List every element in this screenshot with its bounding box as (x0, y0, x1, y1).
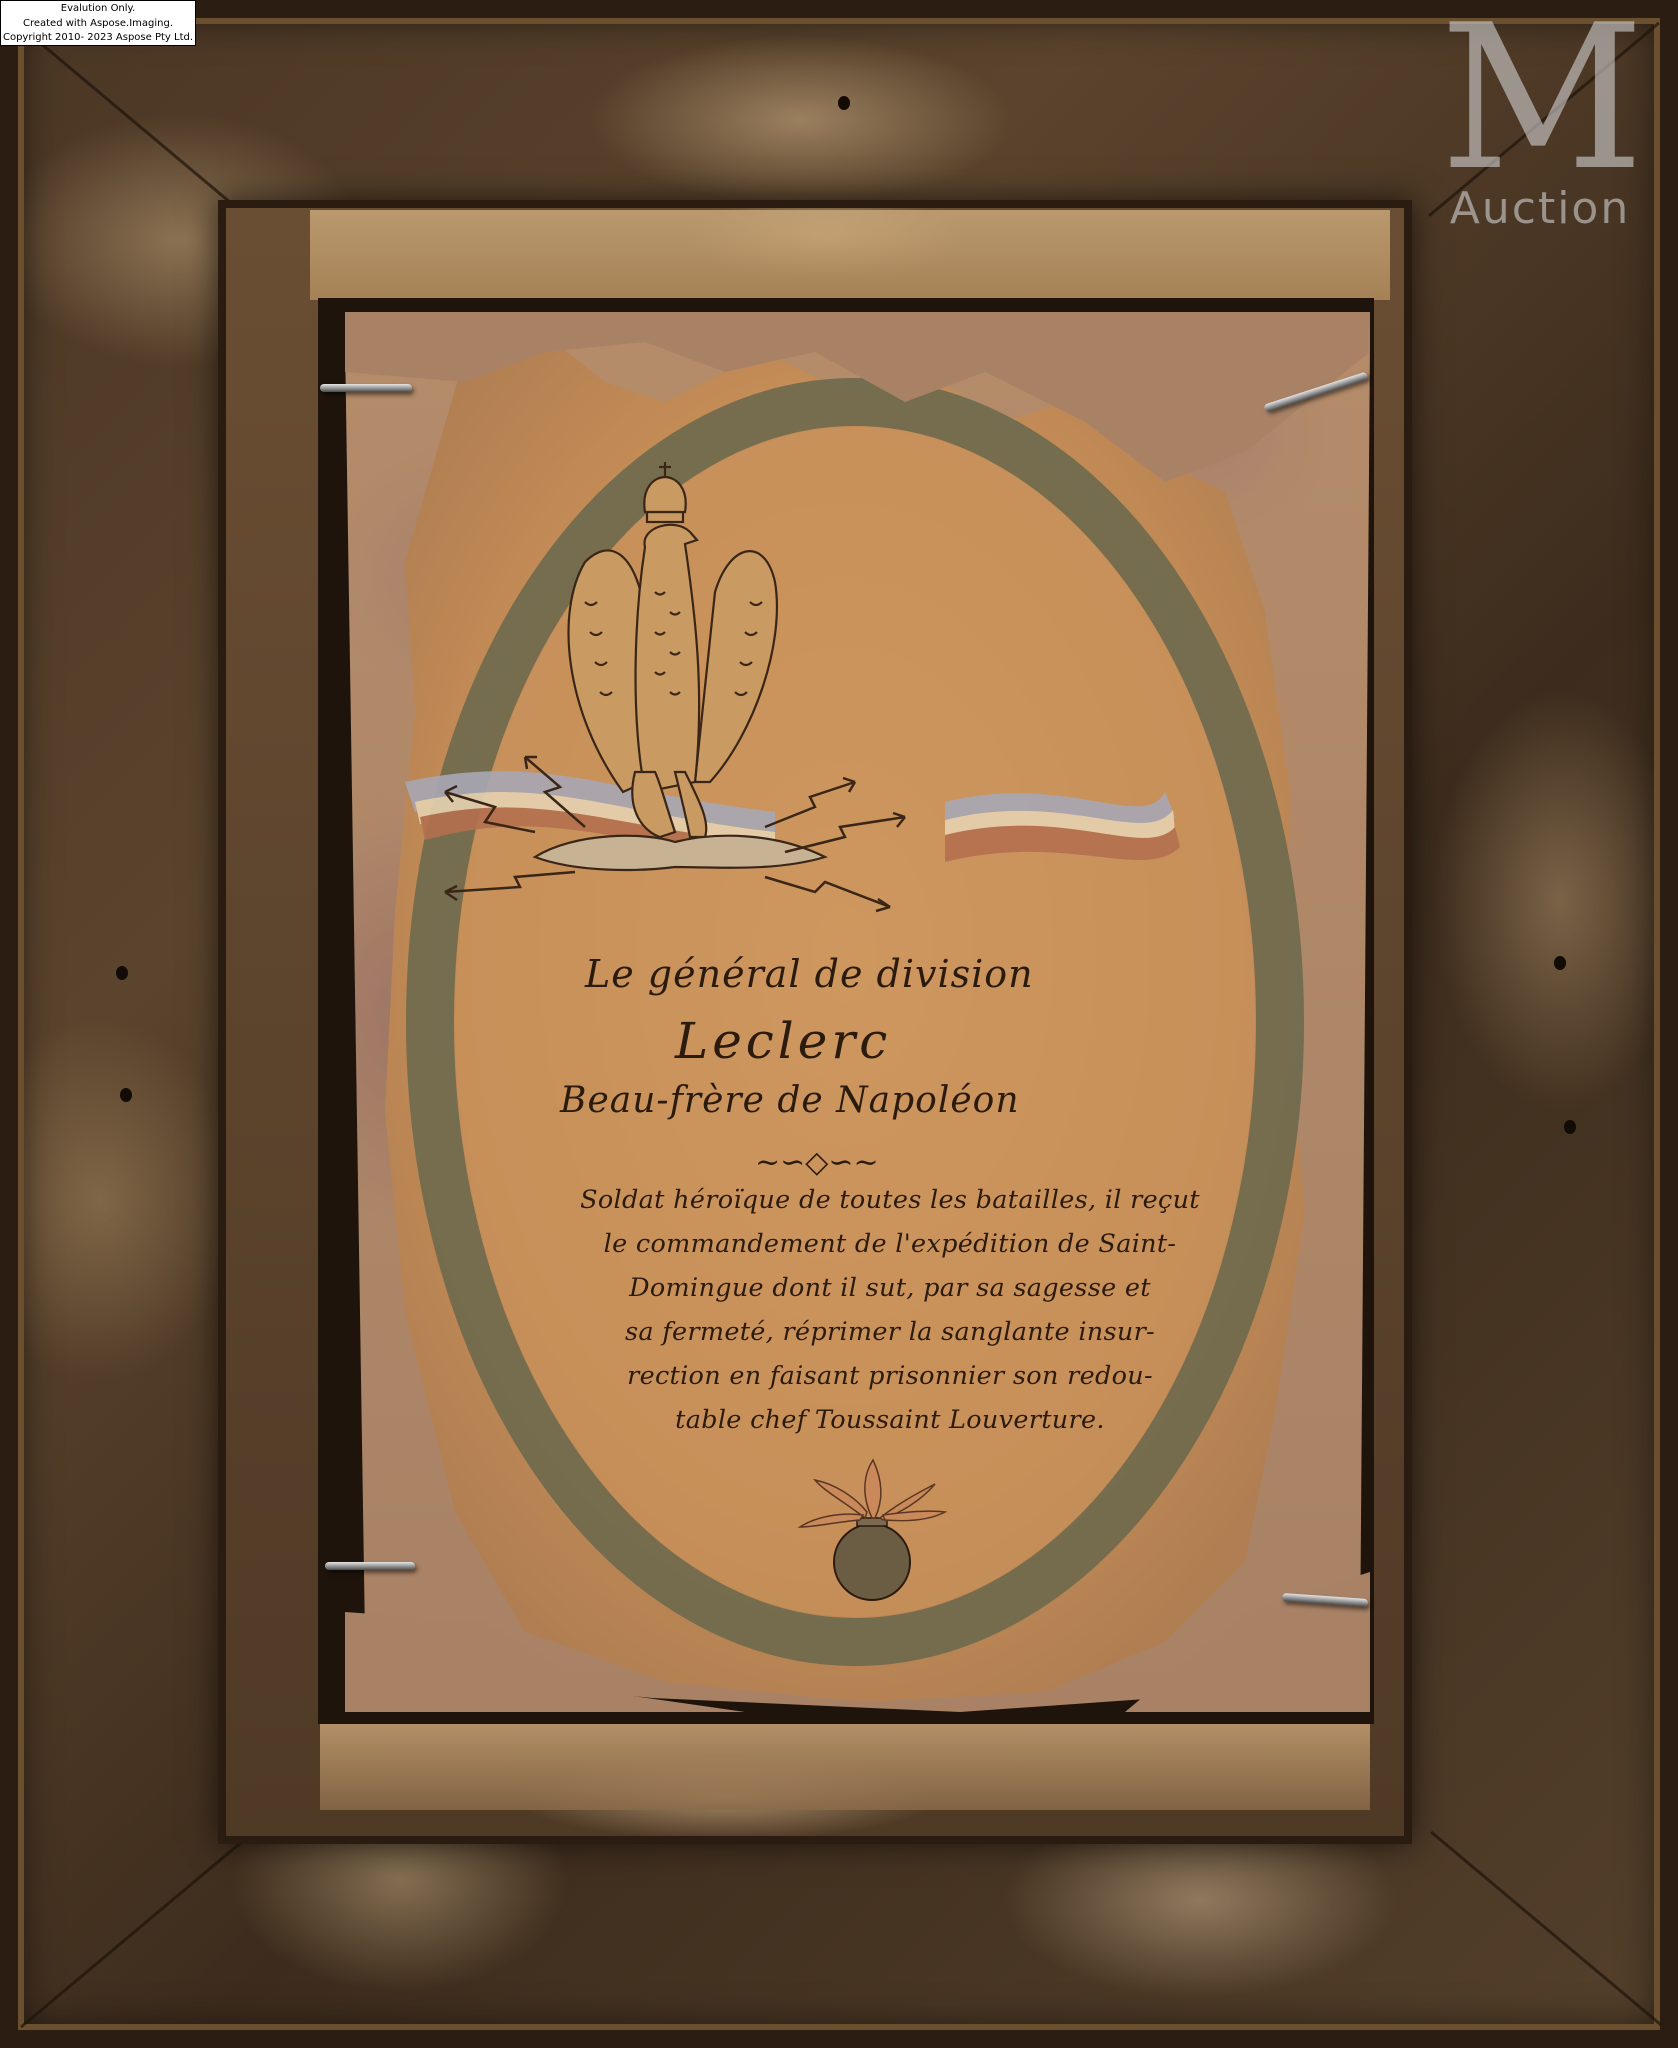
evaluation-line-1: Evalution Only. (1, 2, 195, 17)
evaluation-banner: Evalution Only. Created with Aspose.Imag… (0, 0, 196, 46)
nail-bottom-left (325, 1562, 415, 1570)
inscription-title-rank: Le général de division (585, 952, 1034, 996)
auction-logo-mark: M (1430, 14, 1650, 184)
inscription-line: rection en faisant prisonnier son redou- (530, 1354, 1250, 1398)
inscription-flourish: ~∽◇∽~ (755, 1145, 879, 1180)
inscription-line: Domingue dont il sut, par sa sagesse et (530, 1266, 1250, 1310)
inscription-line: Soldat héroïque de toutes les batailles,… (530, 1178, 1250, 1222)
nail-hole (1564, 1120, 1576, 1134)
slip-top (310, 210, 1390, 300)
inscription-title-relation: Beau-frère de Napoléon (560, 1080, 1020, 1121)
evaluation-line-3: Copyright 2010- 2023 Aspose Pty Ltd. (1, 31, 195, 46)
nail-hole (838, 96, 850, 110)
inscription-body: Soldat héroïque de toutes les batailles,… (530, 1178, 1250, 1442)
nail-top-left (320, 384, 412, 392)
auction-logo-label: Auction (1430, 184, 1650, 234)
nail-hole (1554, 956, 1566, 970)
slip-bottom (320, 1720, 1370, 1810)
inscription-line: table chef Toussaint Louverture. (530, 1398, 1250, 1442)
auction-watermark: M Auction (1430, 14, 1650, 244)
nail-hole (116, 966, 128, 980)
evaluation-line-2: Created with Aspose.Imaging. (1, 17, 195, 32)
inscription-line: le commandement de l'expédition de Saint… (530, 1222, 1250, 1266)
nail-hole (120, 1088, 132, 1102)
inscription-line: sa fermeté, réprimer la sanglante insur- (530, 1310, 1250, 1354)
inscription-title-name: Leclerc (675, 1012, 891, 1070)
